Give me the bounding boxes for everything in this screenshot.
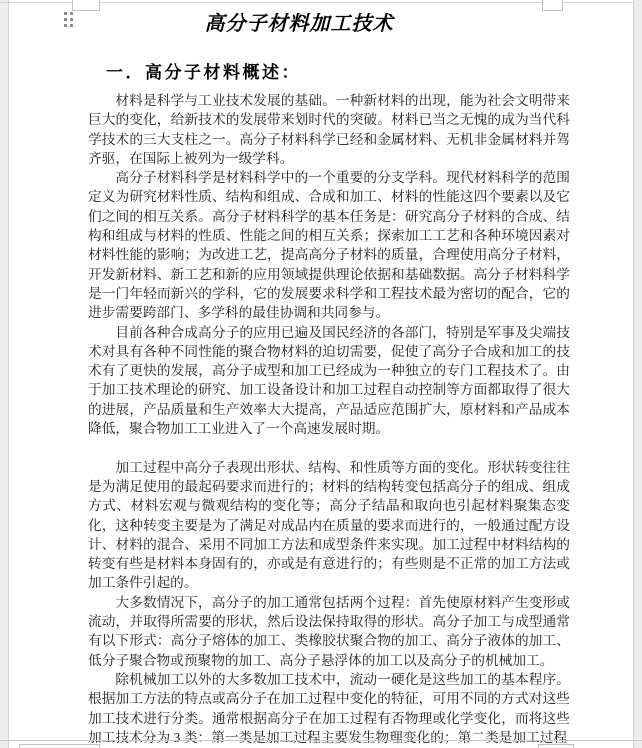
grip-dot	[64, 12, 67, 15]
paragraph[interactable]: 目前各种合成高分子的应用已遍及国民经济的各部门，特别是军事及尖端技术对具有各种不…	[88, 323, 570, 439]
document-body[interactable]: 材料是科学与工业技术发展的基础。一种新材料的出现，能为社会文明带来巨大的变化，给…	[88, 91, 570, 747]
grip-dot	[70, 12, 73, 15]
page-boundary-marker-top-right	[542, 0, 563, 11]
paragraph[interactable]: 除机械加工以外的大多数加工技术中，流动一硬化是这些加工的基本程序。根据加工方法的…	[88, 670, 570, 747]
page-boundary-marker-bottom-right	[538, 744, 574, 748]
grip-dot	[64, 18, 67, 21]
grip-dot	[64, 24, 67, 27]
section-heading[interactable]: 一．高分子材料概述：	[106, 58, 301, 83]
grip-dot	[70, 18, 73, 21]
document-page[interactable]: 高分子材料加工技术 一．高分子材料概述： 材料是科学与工业技术发展的基础。一种新…	[8, 0, 634, 748]
page-bottom-edge	[0, 740, 642, 741]
page-boundary-marker-top-left	[72, 0, 100, 11]
paragraph[interactable]: 大多数情况下，高分子的加工通常包括两个过程：首先使原材料产生变形或流动，并取得所…	[88, 593, 570, 670]
document-canvas: 高分子材料加工技术 一．高分子材料概述： 材料是科学与工业技术发展的基础。一种新…	[0, 0, 642, 748]
paragraph[interactable]: 材料是科学与工业技术发展的基础。一种新材料的出现，能为社会文明带来巨大的变化，给…	[88, 91, 570, 168]
paragraph[interactable]: 加工过程中高分子表现出形状、结构、和性质等方面的变化。形状转变往往是为满足使用的…	[88, 458, 570, 593]
paragraph[interactable]: 高分子材料科学是材料科学中的一个重要的分支学科。现代材料科学的范围定义为研究材料…	[88, 168, 570, 322]
grip-dot	[70, 24, 73, 27]
drag-handle-icon[interactable]	[64, 12, 74, 28]
empty-paragraph-gap	[88, 438, 570, 457]
page-boundary-marker-bottom-left	[19, 744, 100, 748]
document-title[interactable]: 高分子材料加工技术	[88, 7, 510, 36]
